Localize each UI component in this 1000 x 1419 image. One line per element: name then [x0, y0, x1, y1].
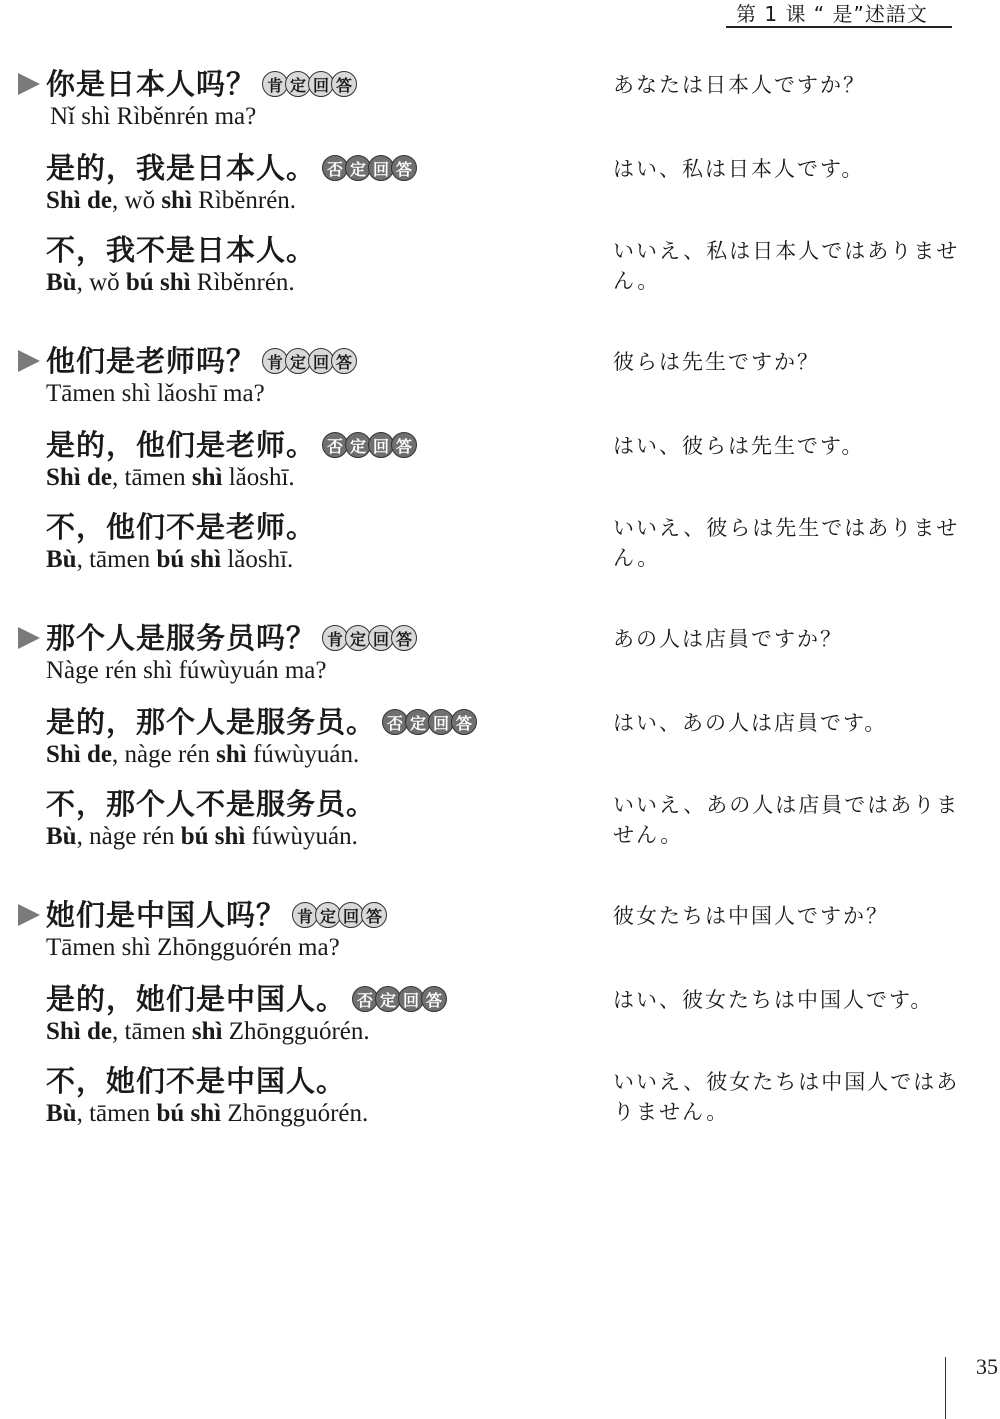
chinese-yes-answer: 是的，我是日本人。 [46, 150, 316, 186]
pinyin-no-answer: Bù, wǒ bú shì Rìběnrén. [46, 268, 295, 298]
triangle-arrow-icon [18, 904, 40, 926]
triangle-arrow-icon [18, 350, 40, 372]
japanese-translation: いいえ、あの人は店員ではありません。 [613, 790, 963, 850]
japanese-translation: はい、彼らは先生です。 [613, 431, 963, 461]
chinese-yes-answer: 是的，那个人是服务员。 [46, 704, 376, 740]
lesson-title: 第 1 课 “ 是”述語文 [736, 0, 928, 27]
chinese-no-answer: 不，他们不是老师。 [46, 509, 316, 545]
negative-answer-badge: 否定回答 [352, 984, 447, 1014]
pinyin-yes-answer: Shì de, wǒ shì Rìběnrén. [46, 186, 296, 216]
negative-answer-badge: 否定回答 [322, 153, 417, 183]
affirmative-answer-badge: 肯定回答 [262, 346, 357, 376]
japanese-translation: はい、私は日本人です。 [613, 154, 963, 184]
chinese-yes-answer: 是的，她们是中国人。 [46, 981, 346, 1017]
chinese-question: 她们是中国人吗？ [46, 897, 286, 933]
pinyin-yes-answer: Shì de, tāmen shì Zhōngguórén. [46, 1017, 370, 1047]
japanese-translation: あの人は店員ですか？ [613, 624, 963, 654]
pinyin-yes-answer: Shì de, tāmen shì lǎoshī. [46, 463, 295, 493]
pinyin-no-answer: Bù, tāmen bú shì lǎoshī. [46, 545, 293, 575]
folio-divider [945, 1357, 946, 1419]
negative-answer-badge: 否定回答 [322, 430, 417, 460]
pinyin-no-answer: Bù, nàge rén bú shì fúwùyuán. [46, 822, 358, 852]
japanese-translation: 彼らは先生ですか？ [613, 347, 963, 377]
chinese-question: 你是日本人吗？ [46, 66, 256, 102]
triangle-arrow-icon [18, 627, 40, 649]
japanese-translation: 彼女たちは中国人ですか？ [613, 901, 963, 931]
affirmative-answer-badge: 肯定回答 [292, 900, 387, 930]
japanese-translation: いいえ、私は日本人ではありません。 [613, 236, 963, 296]
chinese-no-answer: 不，那个人不是服务员。 [46, 786, 376, 822]
pinyin-question: Nàge rén shì fúwùyuán ma? [46, 656, 326, 686]
chinese-question: 那个人是服务员吗？ [46, 620, 316, 656]
pinyin-yes-answer: Shì de, nàge rén shì fúwùyuán. [46, 740, 359, 770]
japanese-translation: はい、あの人は店員です。 [613, 708, 963, 738]
running-header: 第 1 课 “ 是”述語文 [726, 0, 952, 28]
affirmative-answer-badge: 肯定回答 [262, 69, 357, 99]
negative-answer-badge: 否定回答 [382, 707, 477, 737]
chinese-yes-answer: 是的，他们是老师。 [46, 427, 316, 463]
chinese-no-answer: 不，她们不是中国人。 [46, 1063, 346, 1099]
pinyin-question: Tāmen shì Zhōngguórén ma? [46, 933, 340, 963]
japanese-translation: あなたは日本人ですか？ [613, 70, 963, 100]
pinyin-no-answer: Bù, tāmen bú shì Zhōngguórén. [46, 1099, 368, 1129]
pinyin-question: Tāmen shì lǎoshī ma? [46, 379, 265, 409]
affirmative-answer-badge: 肯定回答 [322, 623, 417, 653]
page-number: 35 [976, 1354, 998, 1380]
japanese-translation: はい、彼女たちは中国人です。 [613, 985, 963, 1015]
japanese-translation: いいえ、彼女たちは中国人ではありません。 [613, 1067, 963, 1127]
japanese-translation: いいえ、彼らは先生ではありません。 [613, 513, 963, 573]
chinese-question: 他们是老师吗？ [46, 343, 256, 379]
chinese-no-answer: 不，我不是日本人。 [46, 232, 316, 268]
pinyin-question: Nǐ shì Rìběnrén ma? [50, 102, 256, 132]
triangle-arrow-icon [18, 73, 40, 95]
